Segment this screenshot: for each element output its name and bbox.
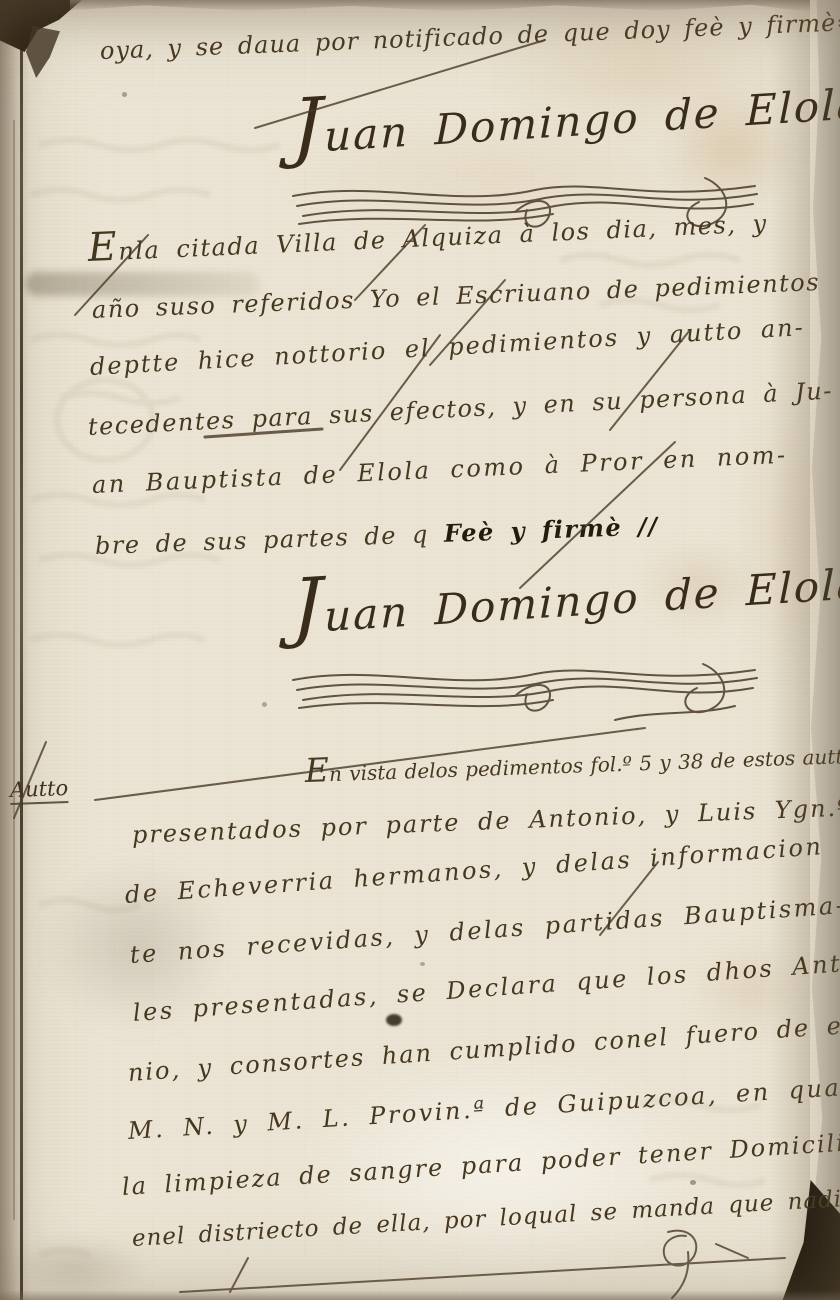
margin-note-autto: Autto <box>10 776 69 805</box>
binding-stitch-line <box>20 0 23 1300</box>
binding-gutter-shadow <box>0 0 30 1300</box>
manuscript-page: oya, y se daua por notificado de que doy… <box>0 0 840 1300</box>
binding-inner-line <box>13 120 15 1220</box>
page-edge-bottom <box>0 1290 840 1300</box>
